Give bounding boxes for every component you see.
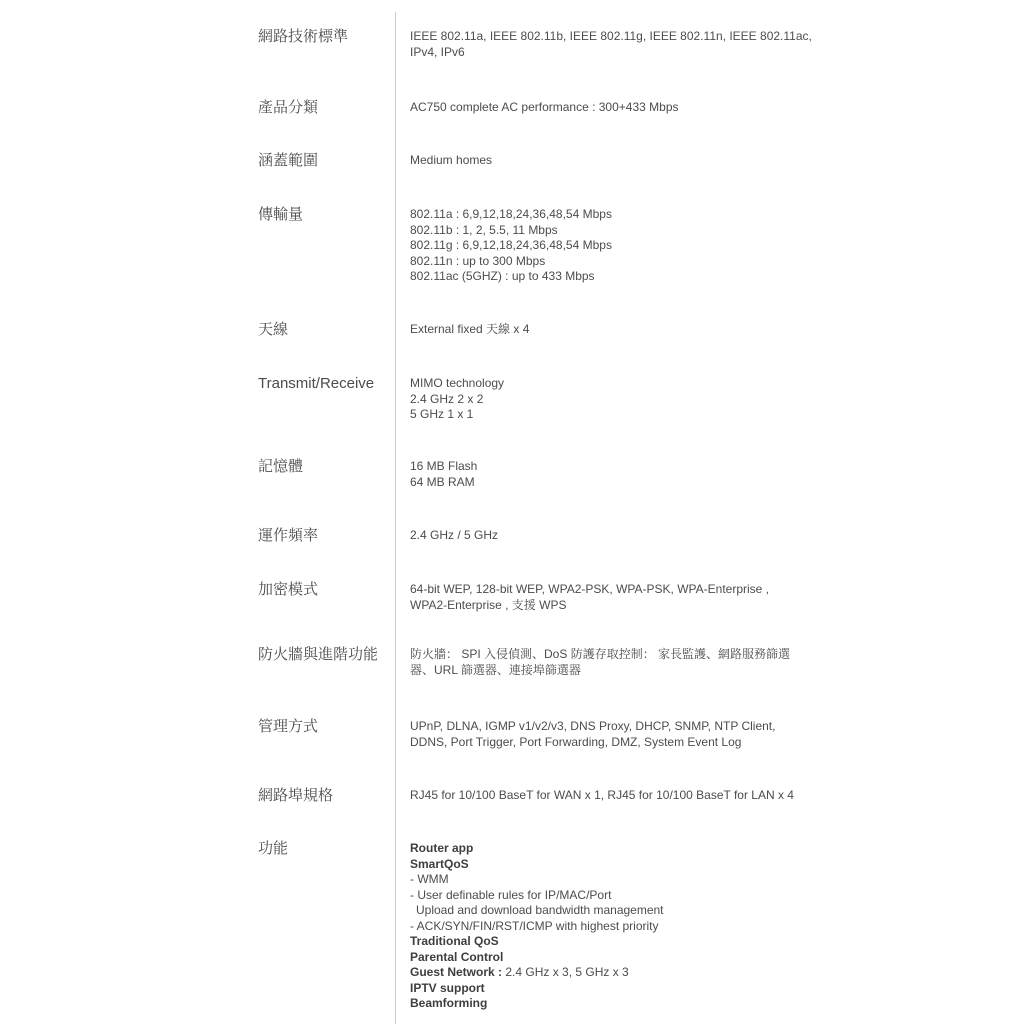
spec-value-line: Traditional QoS (410, 934, 810, 950)
spec-value-line: SmartQoS (410, 857, 810, 873)
spec-label: 記憶體 (258, 457, 410, 477)
spec-value-line: Upload and download bandwidth management (410, 903, 810, 919)
spec-label: 網路技術標準 (258, 27, 410, 47)
spec-value: Router app SmartQoS - WMM - User definab… (410, 839, 810, 1012)
spec-label: 天線 (258, 320, 410, 340)
spec-value-line: 802.11a : 6,9,12,18,24,36,48,54 Mbps (410, 207, 810, 223)
spec-row-firewall-advanced: 防火牆與進階功能 防火牆： SPI 入侵偵測、DoS 防護存取控制： 家長監護、… (258, 645, 810, 678)
spec-value-line: 802.11ac (5GHZ) : up to 433 Mbps (410, 269, 810, 285)
spec-value-line: 2.4 GHz / 5 GHz (410, 528, 810, 544)
spec-value-line: WPA2-Enterprise , 支援 WPS (410, 598, 810, 614)
spec-value-line: 防火牆： SPI 入侵偵測、DoS 防護存取控制： 家長監護、網路服務篩選 (410, 647, 810, 663)
spec-label: 涵蓋範圍 (258, 151, 410, 171)
guest-network-label: Guest Network : (410, 965, 502, 979)
spec-row-operating-frequency: 運作頻率 2.4 GHz / 5 GHz (258, 526, 810, 546)
spec-value: Medium homes (410, 151, 810, 169)
spec-value: 16 MB Flash 64 MB RAM (410, 457, 810, 490)
spec-row-memory: 記憶體 16 MB Flash 64 MB RAM (258, 457, 810, 490)
spec-value: 2.4 GHz / 5 GHz (410, 526, 810, 544)
spec-value-line: 802.11n : up to 300 Mbps (410, 254, 810, 270)
spec-label: 傳輸量 (258, 205, 410, 225)
spec-label: Transmit/Receive (258, 374, 410, 394)
spec-value-line: RJ45 for 10/100 BaseT for WAN x 1, RJ45 … (410, 788, 810, 804)
spec-label: 管理方式 (258, 717, 410, 737)
spec-value: 64-bit WEP, 128-bit WEP, WPA2-PSK, WPA-P… (410, 580, 810, 613)
spec-value: RJ45 for 10/100 BaseT for WAN x 1, RJ45 … (410, 786, 810, 804)
spec-value-line: - ACK/SYN/FIN/RST/ICMP with highest prio… (410, 919, 810, 935)
spec-value: MIMO technology 2.4 GHz 2 x 2 5 GHz 1 x … (410, 374, 810, 423)
spec-value-line: IPv4, IPv6 (410, 45, 810, 61)
spec-label: 加密模式 (258, 580, 410, 600)
spec-value: IEEE 802.11a, IEEE 802.11b, IEEE 802.11g… (410, 27, 810, 60)
spec-row-encryption: 加密模式 64-bit WEP, 128-bit WEP, WPA2-PSK, … (258, 580, 810, 613)
spec-value-line-guest-network: Guest Network : 2.4 GHz x 3, 5 GHz x 3 (410, 965, 810, 981)
spec-value-line: Router app (410, 841, 810, 857)
guest-network-value: 2.4 GHz x 3, 5 GHz x 3 (502, 965, 629, 979)
spec-value: 802.11a : 6,9,12,18,24,36,48,54 Mbps 802… (410, 205, 810, 285)
spec-row-network-standard: 網路技術標準 IEEE 802.11a, IEEE 802.11b, IEEE … (258, 27, 810, 60)
spec-value-line: 2.4 GHz 2 x 2 (410, 392, 810, 408)
spec-value-line: MIMO technology (410, 376, 810, 392)
spec-value-line: External fixed 天線 x 4 (410, 322, 810, 338)
spec-value-line: IEEE 802.11a, IEEE 802.11b, IEEE 802.11g… (410, 29, 810, 45)
spec-value-line: 802.11b : 1, 2, 5.5, 11 Mbps (410, 223, 810, 239)
spec-row-ports: 網路埠規格 RJ45 for 10/100 BaseT for WAN x 1,… (258, 786, 810, 806)
spec-row-antenna: 天線 External fixed 天線 x 4 (258, 320, 810, 340)
spec-value-line: Parental Control (410, 950, 810, 966)
spec-label: 網路埠規格 (258, 786, 410, 806)
spec-value: UPnP, DLNA, IGMP v1/v2/v3, DNS Proxy, DH… (410, 717, 810, 750)
spec-value-line: - WMM (410, 872, 810, 888)
spec-value-line: 64-bit WEP, 128-bit WEP, WPA2-PSK, WPA-P… (410, 582, 810, 598)
spec-value-line: AC750 complete AC performance : 300+433 … (410, 100, 810, 116)
spec-value: External fixed 天線 x 4 (410, 320, 810, 338)
spec-row-coverage: 涵蓋範圍 Medium homes (258, 151, 810, 171)
spec-value-line: 5 GHz 1 x 1 (410, 407, 810, 423)
spec-label: 防火牆與進階功能 (258, 645, 410, 665)
spec-value-line: DDNS, Port Trigger, Port Forwarding, DMZ… (410, 735, 810, 751)
spec-label: 運作頻率 (258, 526, 410, 546)
spec-value-line: 802.11g : 6,9,12,18,24,36,48,54 Mbps (410, 238, 810, 254)
spec-row-data-rate: 傳輸量 802.11a : 6,9,12,18,24,36,48,54 Mbps… (258, 205, 810, 285)
spec-value-line: 16 MB Flash (410, 459, 810, 475)
spec-label: 功能 (258, 839, 410, 859)
spec-value: AC750 complete AC performance : 300+433 … (410, 98, 810, 116)
spec-row-features: 功能 Router app SmartQoS - WMM - User defi… (258, 839, 810, 1012)
spec-value-line: - User definable rules for IP/MAC/Port (410, 888, 810, 904)
spec-value: 防火牆： SPI 入侵偵測、DoS 防護存取控制： 家長監護、網路服務篩選 器、… (410, 645, 810, 678)
spec-value-line: IPTV support (410, 981, 810, 997)
spec-value-line: Beamforming (410, 996, 810, 1012)
spec-row-transmit-receive: Transmit/Receive MIMO technology 2.4 GHz… (258, 374, 810, 423)
spec-row-product-segment: 產品分類 AC750 complete AC performance : 300… (258, 98, 810, 118)
spec-label: 產品分類 (258, 98, 410, 118)
spec-value-line: 器、URL 篩選器、連接埠篩選器 (410, 663, 810, 679)
spec-value-line: 64 MB RAM (410, 475, 810, 491)
spec-value-line: UPnP, DLNA, IGMP v1/v2/v3, DNS Proxy, DH… (410, 719, 810, 735)
spec-row-management: 管理方式 UPnP, DLNA, IGMP v1/v2/v3, DNS Prox… (258, 717, 810, 750)
spec-value-line: Medium homes (410, 153, 810, 169)
